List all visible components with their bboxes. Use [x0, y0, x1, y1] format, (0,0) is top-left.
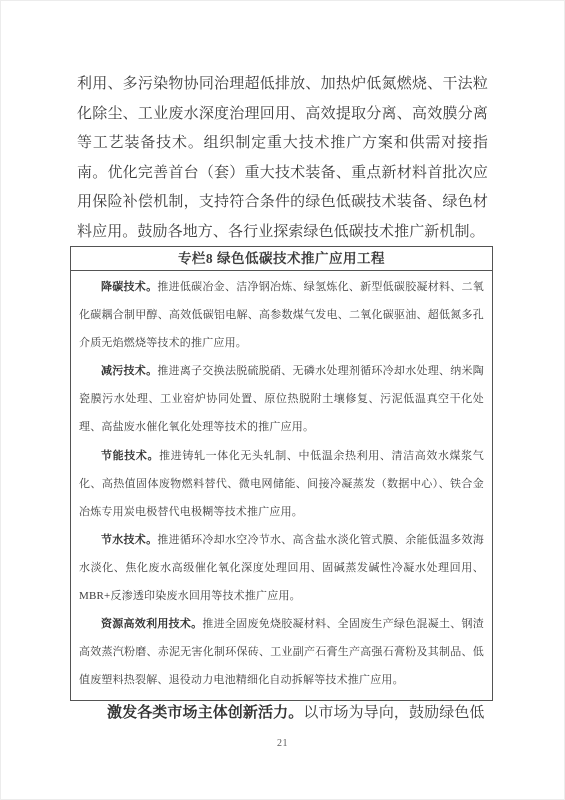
callout-box-title: 专栏8 绿色低碳技术推广应用工程	[71, 247, 492, 271]
paragraph-text: 以市场为导向，鼓励绿色低	[303, 705, 484, 721]
section-lead: 资源高效利用技术。	[101, 618, 202, 630]
section-lead: 节能技术。	[101, 450, 159, 462]
section-lead: 节水技术。	[101, 534, 157, 546]
document-page: { "colors": { "text": "#3c3c3c", "box_bo…	[0, 0, 565, 800]
callout-section-carbon-reduction: 降碳技术。推进低碳冶金、洁净钢冶炼、绿氢炼化、新型低碳胶凝材料、二氧化碳耦合制甲…	[79, 273, 484, 357]
callout-section-resource-utilization: 资源高效利用技术。推进全固废免烧胶凝材料、全固废生产绿色混凝土、钢渣高效蒸汽粉磨…	[79, 610, 484, 694]
callout-section-water-saving: 节水技术。推进循环冷却水空冷节水、高含盐水淡化管式膜、余能低温多效海水淡化、焦化…	[79, 526, 484, 610]
callout-box-body: 降碳技术。推进低碳冶金、洁净钢冶炼、绿氢炼化、新型低碳胶凝材料、二氧化碳耦合制甲…	[71, 271, 492, 700]
callout-section-energy-saving: 节能技术。推进铸轧一体化无头轧制、中低温余热利用、清洁高效水煤浆气化、高热值固体…	[79, 442, 484, 526]
paragraph-lead: 激发各类市场主体创新活力。	[107, 705, 303, 721]
section-lead: 减污技术。	[101, 365, 157, 377]
callout-box: 专栏8 绿色低碳技术推广应用工程 降碳技术。推进低碳冶金、洁净钢冶炼、绿氢炼化、…	[70, 246, 493, 701]
section-lead: 降碳技术。	[101, 281, 157, 293]
body-paragraph-top: 利用、多污染物协同治理超低排放、加热炉低氮燃烧、干法粒化除尘、工业废水深度治理回…	[77, 70, 488, 247]
body-paragraph-bottom: 激发各类市场主体创新活力。以市场为导向，鼓励绿色低	[77, 699, 488, 729]
callout-section-pollution-reduction: 减污技术。推进离子交换法脱硫脱硝、无磷水处理剂循环冷却水处理、纳米陶瓷膜污水处理…	[79, 357, 484, 441]
page-number: 21	[0, 738, 565, 749]
